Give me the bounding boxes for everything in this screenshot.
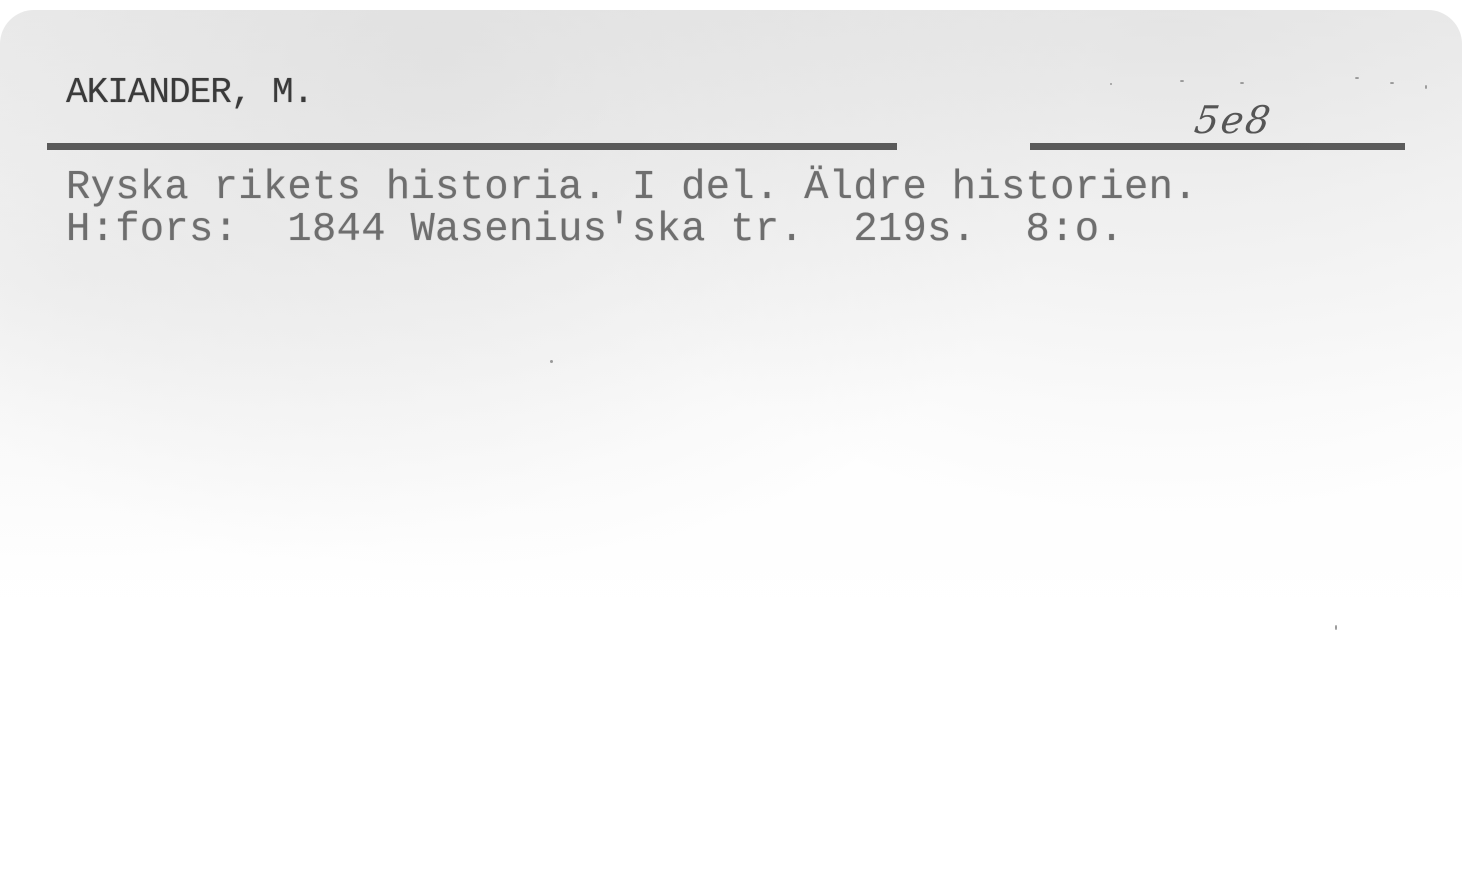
heading-rule-left [47,143,897,150]
paper-speck [1390,82,1394,84]
catalog-card: AKIANDER, M. 5e8 Ryska rikets historia. … [0,10,1462,891]
imprint-line: H:fors: 1844 Wasenius'ska tr. 219s. 8:o. [66,207,1124,253]
paper-speck [1425,85,1427,89]
paper-speck [1335,625,1337,630]
paper-speck [1240,82,1244,84]
heading-rule-right [1030,143,1405,150]
paper-speck [1110,83,1112,85]
shelfmark-handwritten: 5e8 [1192,98,1275,142]
paper-speck [1355,77,1359,79]
title-line: Ryska rikets historia. I del. Äldre hist… [66,165,1198,211]
paper-speck [550,360,553,363]
paper-speck [1180,80,1184,82]
author-heading: AKIANDER, M. [66,72,313,113]
